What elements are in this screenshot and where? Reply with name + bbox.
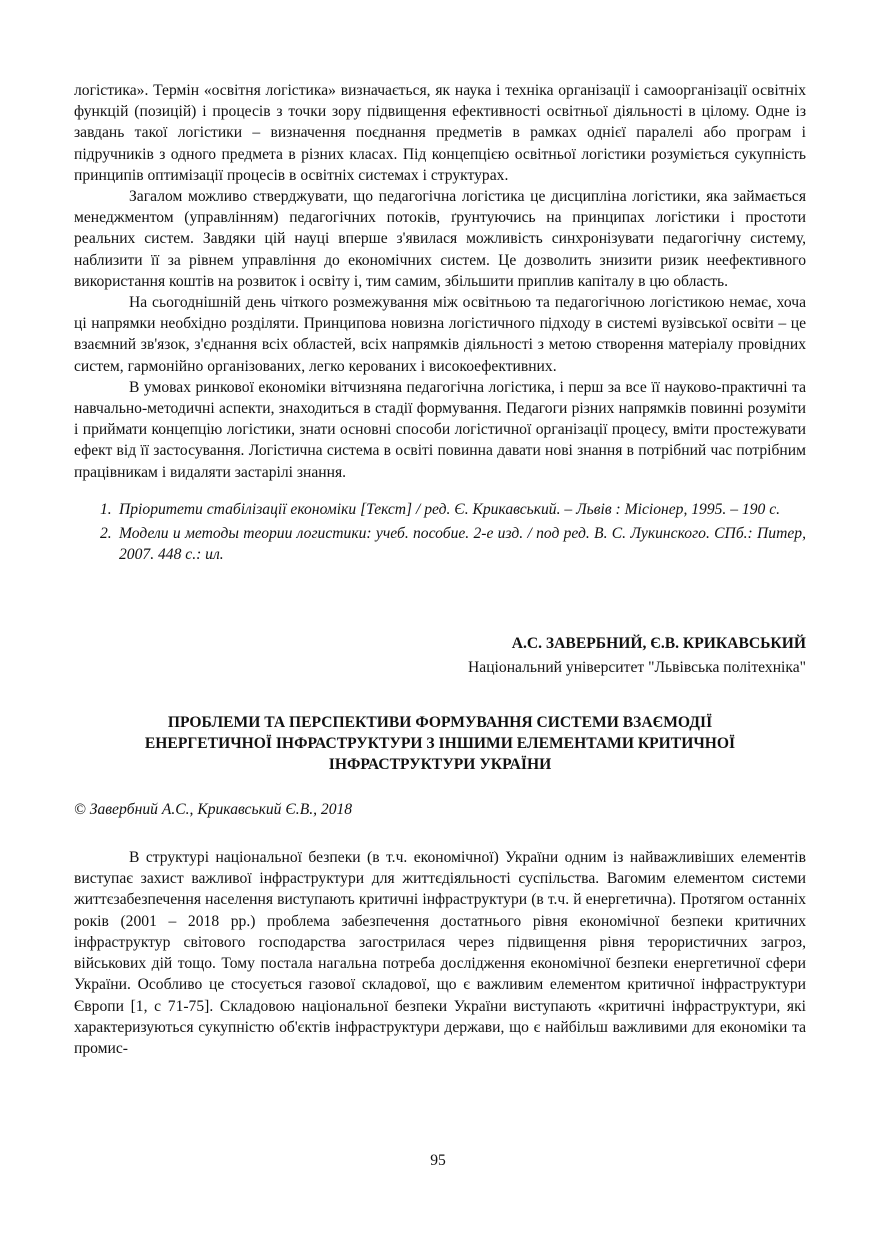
article-body-paragraph: В структурі національної безпеки (в т.ч.… — [74, 847, 806, 1059]
document-page: логістика». Термін «освітня логістика» в… — [74, 80, 806, 1059]
reference-list: 1. Пріоритети стабілізації економіки [Те… — [74, 499, 806, 566]
article-authors: А.С. ЗАВЕРБНИЙ, Є.В. КРИКАВСЬКИЙ — [74, 633, 806, 654]
reference-item: 2. Модели и методы теории логистики: уче… — [74, 523, 806, 565]
reference-number: 2. — [100, 523, 112, 544]
copyright-line: © Завербний А.С., Крикавський Є.В., 2018 — [74, 799, 806, 820]
reference-item: 1. Пріоритети стабілізації економіки [Те… — [74, 499, 806, 520]
paragraph-continued: логістика». Термін «освітня логістика» в… — [74, 80, 806, 186]
author-affiliation: Національний університет "Львівська полі… — [74, 657, 806, 678]
reference-text: Модели и методы теории логистики: учеб. … — [119, 525, 806, 563]
page-number: 95 — [0, 1152, 876, 1170]
reference-text: Пріоритети стабілізації економіки [Текст… — [119, 501, 780, 518]
article-title: ПРОБЛЕМИ ТА ПЕРСПЕКТИВИ ФОРМУВАННЯ СИСТЕ… — [74, 712, 806, 775]
paragraph: В умовах ринкової економіки вітчизняна п… — [74, 377, 806, 483]
paragraph: На сьогоднішній день чіткого розмежуванн… — [74, 292, 806, 377]
paragraph: Загалом можливо стверджувати, що педагог… — [74, 186, 806, 292]
reference-number: 1. — [100, 499, 112, 520]
